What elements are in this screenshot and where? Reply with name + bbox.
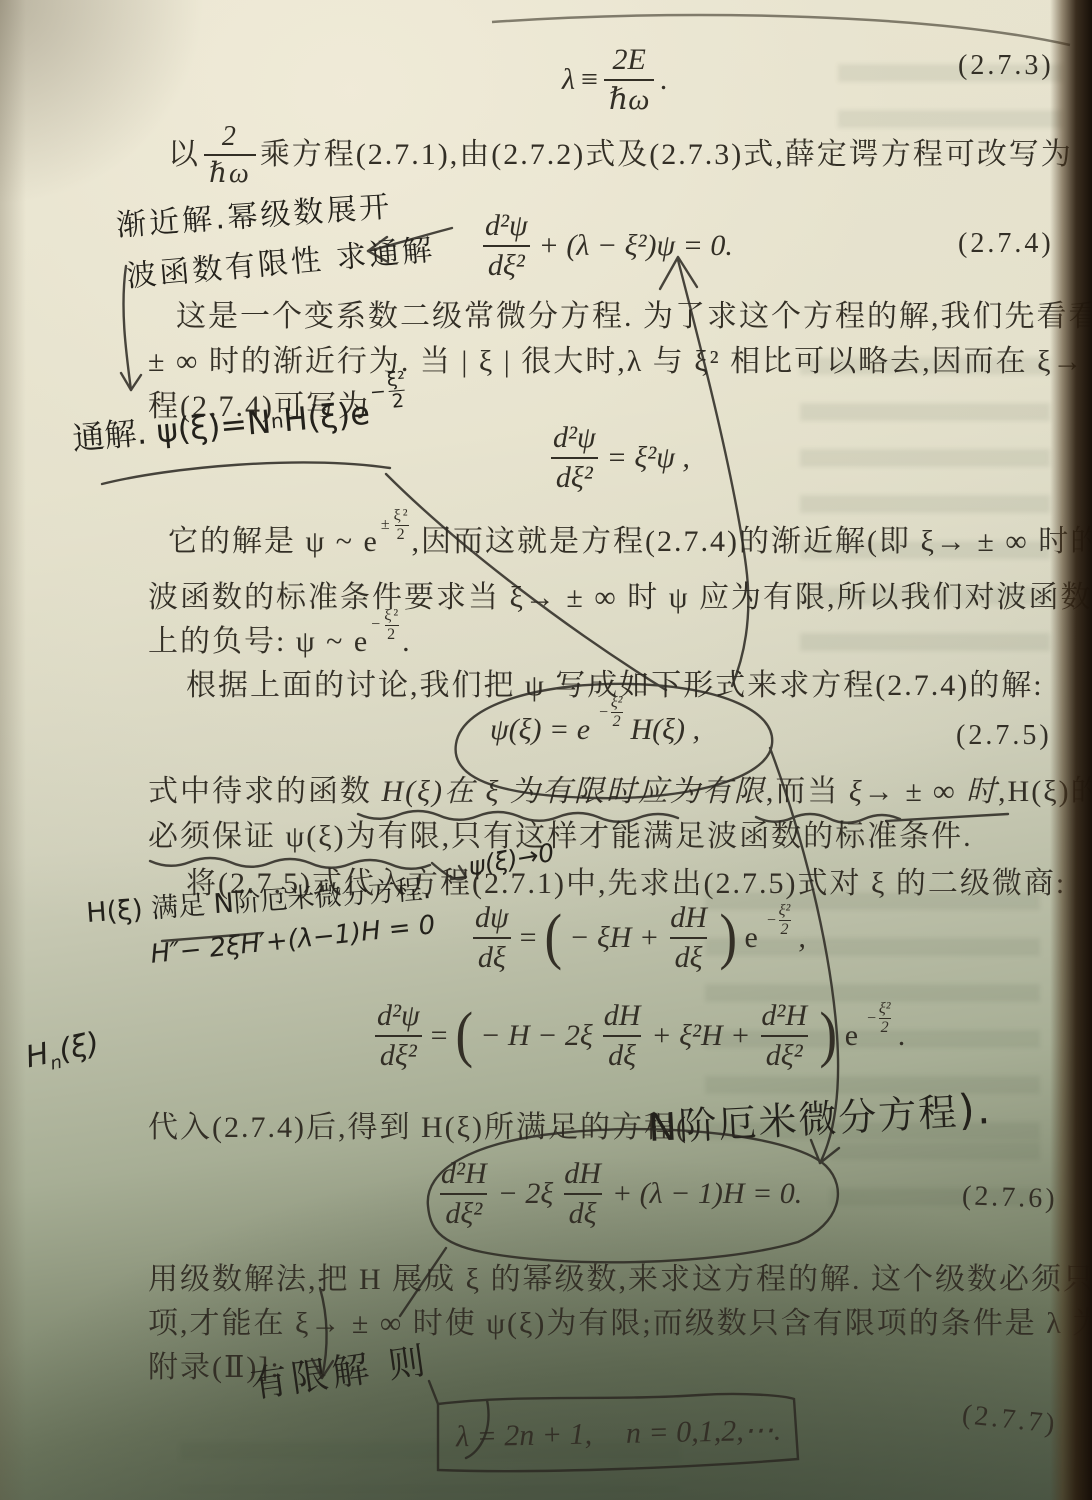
paragraph-multiply-post: 乘方程(2.7.1),由(2.7.2)式及(2.7.3)式,薛定谔方程可改写为 (260, 135, 1073, 176)
paragraph-solution-line3: 上的负号: ψ ~ e − ξ²2 . (148, 622, 412, 663)
equation-2-7-3: λ ≡ 2E ℏω . (562, 44, 668, 115)
handwritten-hn-margin: Hn(ξ) (23, 1027, 104, 1080)
equation-second-derivative: d²ψdξ² = ( − H − 2ξ dHdξ + ξ²H + d²Hdξ² … (372, 1000, 906, 1071)
eq274-fraction: d²ψ dξ² (480, 210, 533, 281)
equation-label-2-7-3: (2.7.3) (958, 50, 1054, 82)
equation-label-2-7-6: (2.7.6) (961, 1180, 1058, 1215)
margin-down-arrow-head (121, 373, 141, 390)
eq273-fraction: 2E ℏω (604, 44, 655, 115)
paragraph-series-line1: 用级数解法,把 H 展成 ξ 的幂级数,来求这方程的解. 这个级数必须只含有限 (148, 1260, 1092, 1301)
paragraph-multiply: 以 2 ℏω 乘方程(2.7.1),由(2.7.2)式及(2.7.3)式,薛定谔… (168, 122, 1073, 189)
equation-label-2-7-5: (2.7.5) (956, 720, 1052, 752)
box-around-eq277-tick (429, 1381, 438, 1404)
left-paren: ( (544, 910, 562, 966)
handwritten-note-asymptotic: 渐近解.幂级数展开 (115, 190, 393, 244)
paragraph-solution-line2: 波函数的标准条件要求当 ξ→ ± ∞ 时 ψ 应为有限,所以我们对波函数只取指数 (148, 578, 1092, 619)
paragraph-H-condition-line2: 必须保证 ψ(ξ)为有限,只有这样才能满足波函数的标准条件. (148, 817, 973, 858)
dpsi-exponent: − ξ²2 (766, 903, 792, 938)
paragraph-multiply-pre: 以 (168, 135, 200, 176)
equation-first-derivative: dψdξ = ( − ξH + dHdξ ) e − ξ²2 , (470, 902, 806, 973)
paragraph-solution-line1: 它的解是 ψ ~ e ± ξ²2 ,因而这就是方程(2.7.4)的渐近解(即 ξ… (168, 522, 1092, 563)
textbook-page-photo: λ ≡ 2E ℏω . (2.7.3) 以 2 ℏω 乘方程(2.7.1),由(… (0, 0, 1092, 1500)
eq275-exponent: − ξ²2 (598, 695, 624, 730)
general-solution-underline (102, 463, 390, 484)
paragraph-ode-line1: 这是一个变系数二级常微分方程. 为了求这个方程的解,我们先看看 ψ 在 ξ→ (176, 297, 1092, 338)
page-top-edge-curve (492, 15, 1070, 45)
inline-exponent: ± ξ²2 (381, 508, 412, 543)
paragraph-substituting-result: 代入(2.7.4)后,得到 H(ξ)所满足的方程( (148, 1108, 688, 1149)
eq273-lhs: λ (562, 63, 575, 97)
paragraph-multiply-fraction: 2 ℏω (204, 122, 256, 189)
equation-asymptotic: d²ψ dξ² = ξ²ψ , (548, 422, 690, 493)
equation-2-7-7: λ = 2n + 1, n = 0,1,2,⋯. (456, 1413, 782, 1455)
left-paren: ( (455, 1008, 473, 1064)
bleedthrough-patch (800, 345, 1050, 675)
equation-2-7-5: ψ(ξ) = e − ξ²2 H(ξ) , (490, 712, 700, 747)
paragraph-series-line2: 项,才能在 ξ→ ± ∞ 时使 ψ(ξ)为有限;而级数只含有限项的条件是 λ 为… (148, 1304, 1092, 1345)
equation-2-7-6: d²Hdξ² − 2ξ dHdξ + (λ − 1)H = 0. (436, 1158, 802, 1229)
eqmid-rest: = ξ²ψ , (607, 441, 690, 475)
equation-2-7-4: d²ψ dξ² + (λ − ξ²)ψ = 0. (480, 210, 733, 281)
book-edge-shadow (1050, 0, 1092, 1500)
equation-label-2-7-4: (2.7.4) (958, 228, 1054, 260)
right-paren: ) (719, 910, 737, 966)
handwritten-exponent: − ξ²2 (368, 369, 410, 413)
handwritten-note-finiteness: 波函数有限性 求通解 (125, 234, 436, 295)
eq273-period: . (660, 63, 668, 97)
d2psi-exponent: − ξ²2 (866, 1001, 892, 1036)
paragraph-H-condition-line1: 式中待求的函数 H(ξ)在 ξ 为有限时应为有限,而当 ξ→ ± ∞ 时,H(ξ… (148, 772, 1092, 813)
right-paren: ) (820, 1008, 838, 1064)
inline-exponent: − ξ²2 (371, 608, 402, 643)
eq273-identical-sign: ≡ (581, 63, 598, 97)
paragraph-ode-line2: ± ∞ 时的渐近行为. 当 | ξ | 很大时,λ 与 ξ² 相比可以略去,因而… (148, 342, 1092, 383)
equation-label-2-7-7: (2.7.7) (961, 1399, 1059, 1441)
eq274-rest: + (λ − ξ²)ψ = 0. (539, 229, 733, 263)
bleedthrough-patch (830, 1130, 1040, 1230)
eqmid-fraction: d²ψ dξ² (548, 422, 601, 493)
